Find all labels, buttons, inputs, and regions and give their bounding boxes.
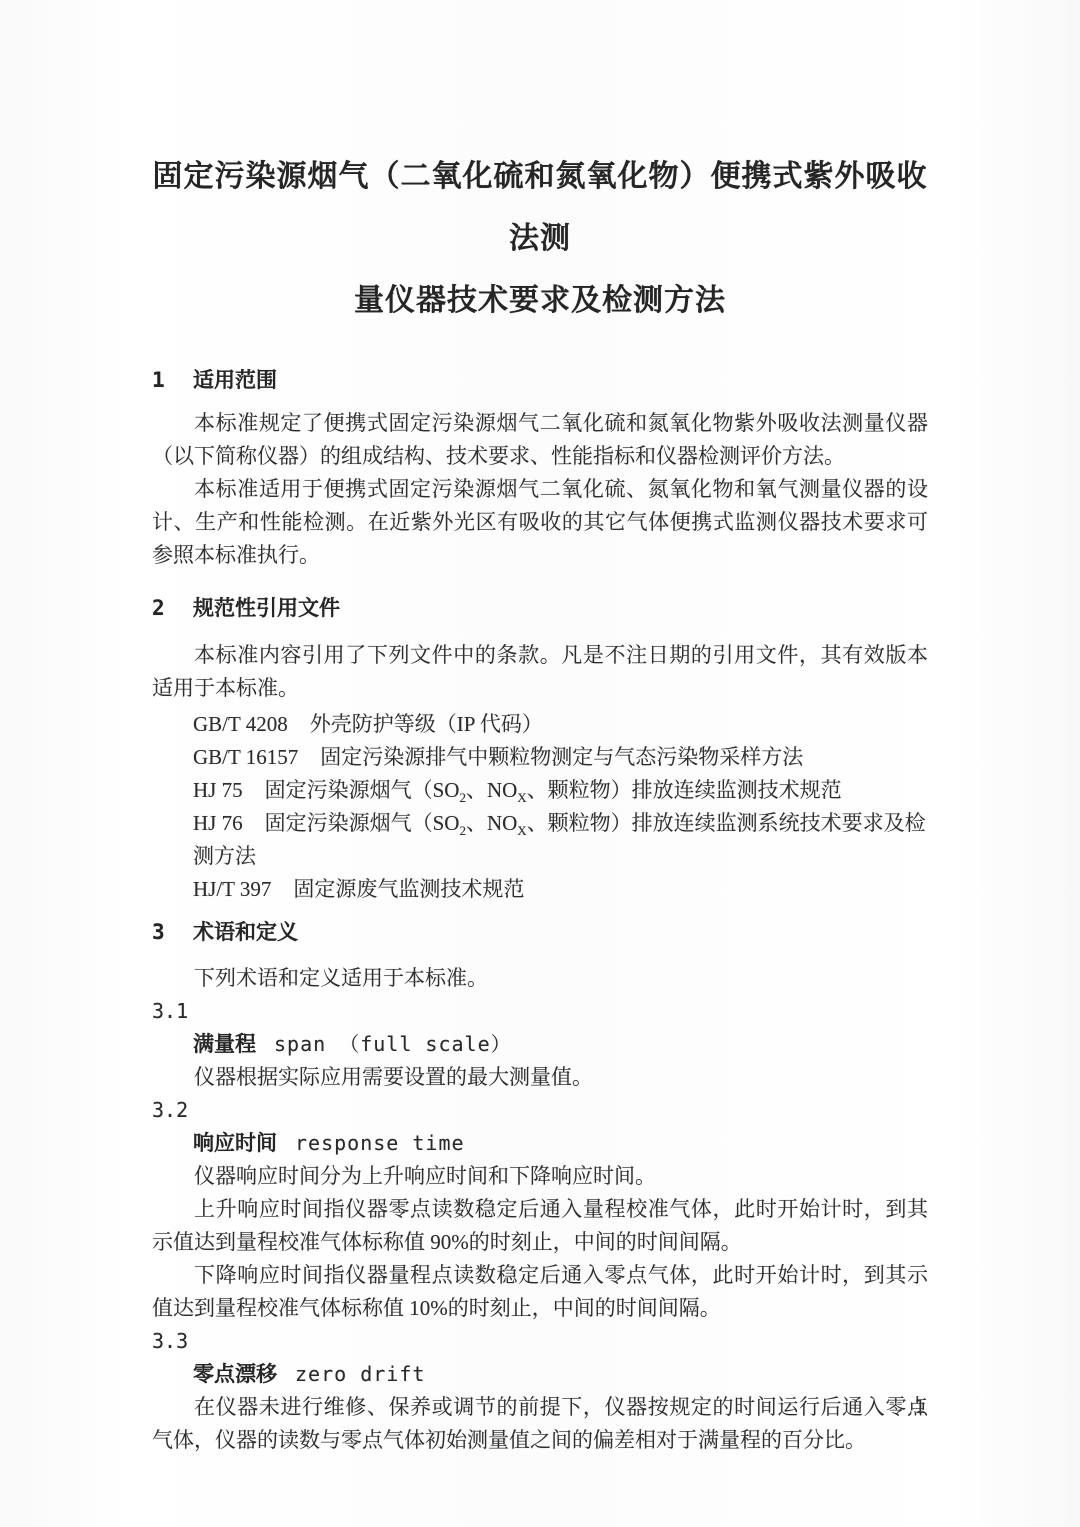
references-intro-paragraph: 本标准内容引用了下列文件中的条款。凡是不注日期的引用文件，其有效版本适用于本标准… — [152, 639, 928, 705]
term-3-2-definition-3: 下降响应时间指仪器量程点读数稳定后通入零点气体，此时开始计时，到其示值达到量程校… — [152, 1259, 928, 1325]
section-3-heading: 3术语和定义 — [152, 916, 928, 949]
reference-title: 固定污染源排气中颗粒物测定与气态污染物采样方法 — [320, 745, 803, 769]
term-name-zh: 满量程 — [193, 1033, 256, 1056]
term-3-3-heading: 零点漂移zero drift — [152, 1358, 928, 1391]
reference-code: GB/T 4208 — [193, 712, 288, 736]
reference-item-hj76: HJ 76固定污染源烟气（SO2、NOX、颗粒物）排放连续监测系统技术要求及检测… — [152, 807, 928, 873]
term-name-en: response time — [295, 1131, 465, 1155]
term-3-2-number: 3.2 — [152, 1094, 928, 1127]
scope-paragraph-1: 本标准规定了便携式固定污染源烟气二氧化硫和氮氧化物紫外吸收法测量仪器（以下简称仪… — [152, 407, 928, 473]
term-name-zh: 零点漂移 — [193, 1363, 277, 1386]
reference-item-hj75: HJ 75固定污染源烟气（SO2、NOX、颗粒物）排放连续监测技术规范 — [152, 774, 928, 807]
term-3-3-number: 3.3 — [152, 1325, 928, 1358]
document-title-line-1: 固定污染源烟气（二氧化硫和氮氧化物）便携式紫外吸收法测 — [152, 146, 928, 270]
term-name-en: zero drift — [295, 1362, 425, 1386]
reference-title: 固定源废气监测技术规范 — [293, 877, 524, 901]
reference-item-hjt397: HJ/T 397固定源废气监测技术规范 — [152, 873, 928, 906]
nox-subscript: X — [517, 823, 526, 838]
reference-item-gbt16157: GB/T 16157固定污染源排气中颗粒物测定与气态污染物采样方法 — [152, 741, 928, 774]
references-list: GB/T 4208外壳防护等级（IP 代码） GB/T 16157固定污染源排气… — [152, 708, 928, 906]
section-1-number: 1 — [152, 364, 193, 397]
section-1-heading: 1适用范围 — [152, 364, 928, 397]
term-3-2-heading: 响应时间response time — [152, 1127, 928, 1160]
terms-intro-paragraph: 下列术语和定义适用于本标准。 — [152, 962, 928, 995]
document-page: 固定污染源烟气（二氧化硫和氮氧化物）便携式紫外吸收法测 量仪器技术要求及检测方法… — [0, 0, 1080, 1527]
section-3-title: 术语和定义 — [193, 921, 298, 944]
document-title-line-2: 量仪器技术要求及检测方法 — [152, 270, 928, 332]
reference-code: HJ/T 397 — [193, 877, 271, 901]
section-2-heading: 2规范性引用文件 — [152, 592, 928, 625]
reference-title: 、颗粒物）排放连续监测技术规范 — [527, 778, 842, 802]
section-1-title: 适用范围 — [193, 369, 277, 392]
section-2-number: 2 — [152, 592, 193, 625]
reference-title: 外壳防护等级（IP 代码） — [310, 712, 543, 736]
scope-paragraph-2: 本标准适用于便携式固定污染源烟气二氧化硫、氮氧化物和氧气测量仪器的设计、生产和性… — [152, 473, 928, 572]
page-number: 1 — [914, 1396, 925, 1418]
reference-title: 、NO — [466, 778, 517, 802]
section-2-title: 规范性引用文件 — [193, 597, 340, 620]
section-3-number: 3 — [152, 916, 193, 949]
document-content: 固定污染源烟气（二氧化硫和氮氧化物）便携式紫外吸收法测 量仪器技术要求及检测方法… — [0, 0, 1080, 1457]
reference-title: 固定污染源烟气（SO — [265, 811, 460, 835]
reference-code: HJ 75 — [193, 778, 243, 802]
reference-item-gbt4208: GB/T 4208外壳防护等级（IP 代码） — [152, 708, 928, 741]
reference-code: HJ 76 — [193, 811, 243, 835]
reference-title: 、NO — [466, 811, 517, 835]
reference-code: GB/T 16157 — [193, 745, 298, 769]
term-3-1-definition: 仪器根据实际应用需要设置的最大测量值。 — [152, 1061, 928, 1094]
document-title: 固定污染源烟气（二氧化硫和氮氧化物）便携式紫外吸收法测 量仪器技术要求及检测方法 — [152, 146, 928, 332]
reference-title: 固定污染源烟气（SO — [265, 778, 460, 802]
term-3-1-heading: 满量程span （full scale） — [152, 1028, 928, 1061]
term-3-1-number: 3.1 — [152, 995, 928, 1028]
nox-subscript: X — [517, 790, 526, 805]
term-3-2-definition-1: 仪器响应时间分为上升响应时间和下降响应时间。 — [152, 1160, 928, 1193]
term-3-3-definition: 在仪器未进行维修、保养或调节的前提下，仪器按规定的时间运行后通入零点气体，仪器的… — [152, 1391, 928, 1457]
term-name-zh: 响应时间 — [193, 1132, 277, 1155]
term-3-2-definition-2: 上升响应时间指仪器零点读数稳定后通入量程校准气体，此时开始计时，到其示值达到量程… — [152, 1193, 928, 1259]
term-name-en: span （full scale） — [274, 1032, 512, 1056]
